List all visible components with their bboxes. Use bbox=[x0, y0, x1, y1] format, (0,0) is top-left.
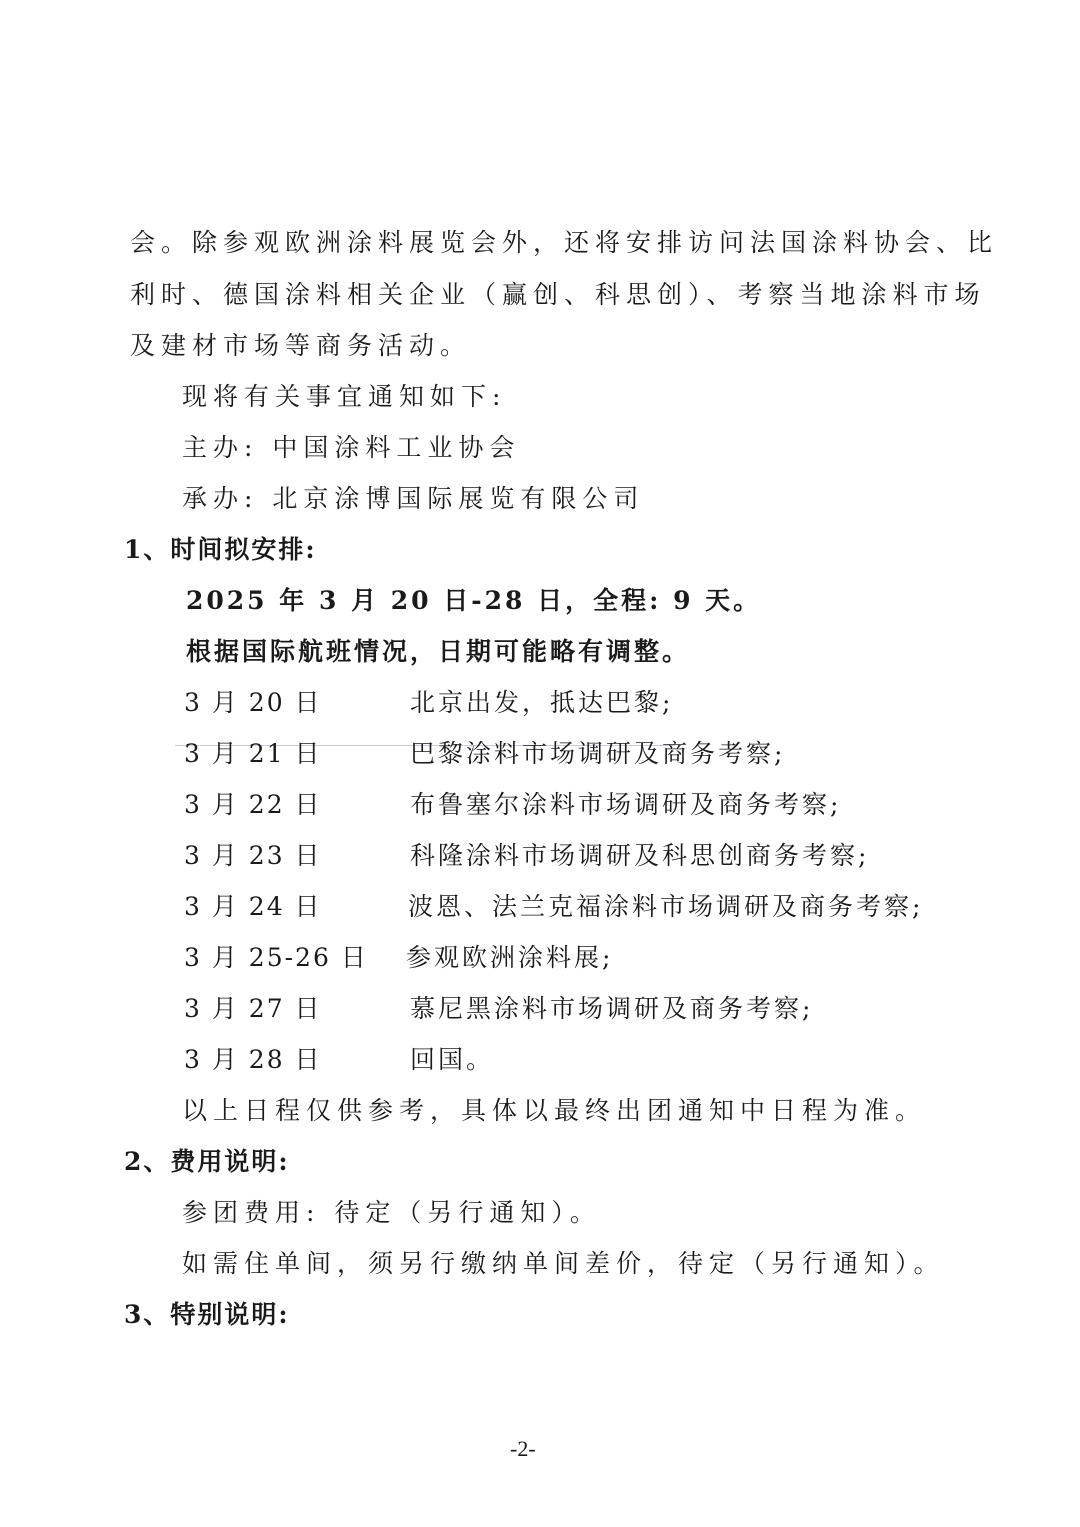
host-text: 主办: 中国涂料工业协会 bbox=[182, 433, 520, 463]
schedule-activity: 回国。 bbox=[410, 1045, 494, 1075]
section-2-heading: 2、费用说明: bbox=[124, 1147, 290, 1177]
page-number: -2- bbox=[510, 1436, 536, 1462]
schedule-date: 3 月 22 日 bbox=[184, 790, 322, 820]
schedule-date: 3 月 23 日 bbox=[184, 841, 322, 871]
fee-text: 参团费用: 待定（另行通知）。 bbox=[182, 1198, 601, 1228]
date-adjust-note: 根据国际航班情况，日期可能略有调整。 bbox=[186, 637, 690, 667]
schedule-date: 3 月 21 日 bbox=[184, 739, 322, 769]
schedule-date: 3 月 24 日 bbox=[184, 892, 322, 922]
schedule-activity: 参观欧洲涂料展; bbox=[406, 943, 613, 973]
schedule-activity: 巴黎涂料市场调研及商务考察; bbox=[410, 739, 785, 769]
intro-line-1: 会。除参观欧洲涂料展览会外，还将安排访问法国涂料协会、比 bbox=[130, 228, 998, 258]
intro-line-3: 及建材市场等商务活动。 bbox=[130, 331, 471, 361]
schedule-date: 3 月 20 日 bbox=[184, 688, 322, 718]
schedule-date: 3 月 25-26 日 bbox=[184, 943, 368, 973]
organizer-text: 承办: 北京涂博国际展览有限公司 bbox=[182, 484, 644, 514]
section-1-heading: 1、时间拟安排: bbox=[124, 535, 317, 565]
schedule-activity: 北京出发，抵达巴黎; bbox=[410, 688, 673, 718]
trip-dates: 2025 年 3 月 20 日-28 日，全程: 9 天。 bbox=[186, 586, 761, 616]
schedule-activity: 波恩、法兰克福涂料市场调研及商务考察; bbox=[408, 892, 923, 922]
intro-line-2: 利时、德国涂料相关企业（赢创、科思创）、考察当地涂料市场 bbox=[130, 280, 986, 310]
schedule-date: 3 月 28 日 bbox=[184, 1045, 322, 1075]
schedule-footnote: 以上日程仅供参考，具体以最终出团通知中日程为准。 bbox=[182, 1096, 926, 1126]
single-room-text: 如需住单间，须另行缴纳单间差价，待定（另行通知）。 bbox=[182, 1249, 945, 1279]
section-3-heading: 3、特别说明: bbox=[124, 1300, 290, 1330]
schedule-activity: 慕尼黑涂料市场调研及商务考察; bbox=[410, 994, 813, 1024]
notice-text: 现将有关事宜通知如下: bbox=[182, 382, 506, 412]
schedule-activity: 布鲁塞尔涂料市场调研及商务考察; bbox=[410, 790, 841, 820]
schedule-date: 3 月 27 日 bbox=[184, 994, 322, 1024]
schedule-activity: 科隆涂料市场调研及科思创商务考察; bbox=[410, 841, 869, 871]
